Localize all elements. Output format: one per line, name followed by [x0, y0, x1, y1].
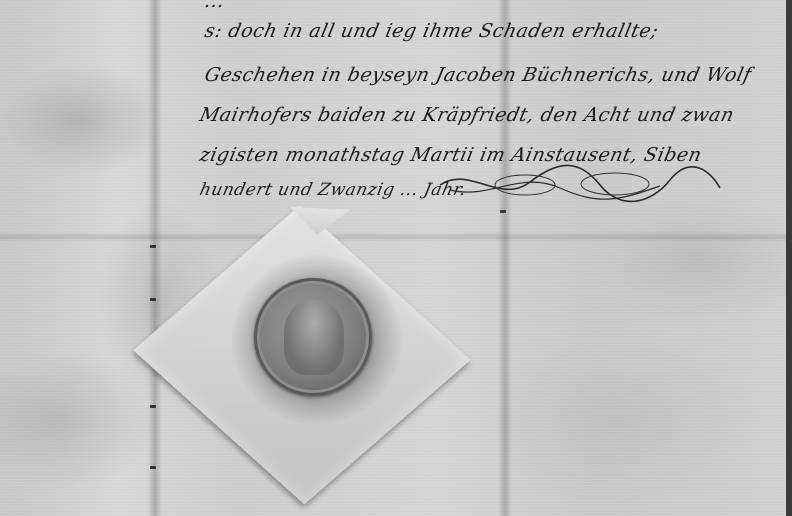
- document-photo: ... s: doch in all und ieg ihme Schaden …: [0, 0, 792, 516]
- stitch-mark: [150, 405, 156, 408]
- text-line-1: s: doch in all und ieg ihme Schaden erha…: [203, 20, 661, 42]
- vertical-fold: [148, 0, 162, 516]
- stitch-mark: [150, 298, 156, 301]
- text-line-2: Geschehen in beyseyn Jacoben Büchnerichs…: [203, 64, 754, 86]
- pen-flourish: [430, 160, 730, 210]
- page-edge: [786, 0, 792, 516]
- seal-figure-relief: [284, 300, 344, 375]
- stitch-mark: [150, 466, 156, 469]
- stitch-mark: [500, 210, 506, 213]
- text-line-5: hundert und Zwanzig ... Jahr.: [198, 180, 468, 200]
- horizontal-fold: [0, 232, 792, 242]
- stitch-mark: [150, 245, 156, 248]
- text-line-0: ...: [203, 0, 227, 12]
- text-line-3: Mairhofers baiden zu Kräpfriedt, den Ach…: [198, 104, 737, 126]
